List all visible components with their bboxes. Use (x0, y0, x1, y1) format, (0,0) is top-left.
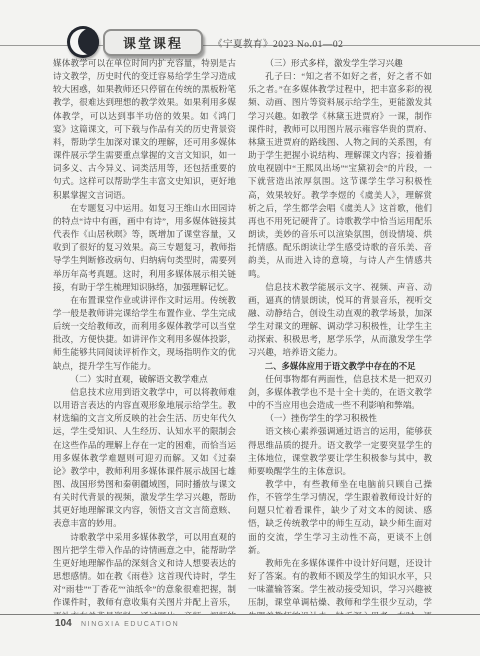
crescent-moon-icon (67, 26, 99, 58)
journal-page: 课堂课程 《宁夏教育》2023 No.01—02 媒体教学可以在单位时间内扩充容… (0, 0, 480, 656)
section-heading: 二、多媒体应用于语文教学中存在的不足 (248, 360, 432, 373)
subsection-heading: （三）形式多样，激发学生学习兴趣 (248, 57, 432, 70)
paragraph: 信息技术应用到语文教学中，可以将教师难以用语言表达的内容直观形象地展示给学生。教… (53, 386, 236, 531)
journal-issue-info: 《宁夏教育》2023 No.01—02 (213, 36, 343, 50)
column-section-label: 课堂课程 (123, 33, 183, 52)
paragraph: 语文核心素养强调通过语言的运用，能够获得思维品质的提升。语文教学一定要突显学生的… (248, 425, 432, 478)
paragraph: 孔子曰：“知之者不如好之者，好之者不如乐之者。”在多媒体教学过程中，把丰富多彩的… (248, 70, 432, 281)
paragraph: 在布置课堂作业或讲评作文时运用。传统教学一般是教师讲完课给学生布置作业、学生完成… (53, 294, 236, 373)
left-column: 媒体教学可以在单位时间内扩充容量，特别是古诗文教学，历史时代的变迁容易给学生学习… (53, 57, 236, 614)
paragraph: 教师先在多媒体课件中设计好问题，还设计好了答案。有的教师不顾及学生的知识水平，只… (248, 557, 432, 614)
page-number: 104 (55, 618, 72, 629)
paragraph: 媒体教学可以在单位时间内扩充容量，特别是古诗文教学，历史时代的变迁容易给学生学习… (53, 57, 236, 202)
footer-divider (0, 614, 480, 615)
subsection-heading: （二）实时直观，破解语文教学难点 (53, 373, 236, 386)
paragraph: 诗歌教学中采用多媒体教学，可以用直观的图片把学生带入作品的诗情画意之中，能帮助学… (53, 531, 236, 614)
right-column: （三）形式多样，激发学生学习兴趣 孔子曰：“知之者不如好之者，好之者不如乐之者。… (248, 57, 432, 614)
paragraph: 教学中，有些教师坐在电脑前只顾自己操作，不管学生学习情况，学生跟着教师设计好的问… (248, 478, 432, 557)
paragraph: 任何事物都有两面性，信息技术是一把双刃剑，多媒体教学也不是十全十美的，在语文教学… (248, 373, 432, 412)
crescent-moon-shadow (78, 28, 99, 55)
column-section-badge: 课堂课程 (103, 29, 203, 56)
subsection-heading: （一）挫伤学生的学习积极性 (248, 412, 432, 425)
journal-name-english: NINGXIA EDUCATION (81, 621, 179, 628)
paragraph: 信息技术教学能展示文字、视频、声音、动画，逼真的情景朗读，悦耳的背景音乐，视听交… (248, 281, 432, 360)
paragraph: 在专题复习中运用。如复习王维山水田园诗的特点“诗中有画，画中有诗”，用多媒体链接… (53, 202, 236, 294)
